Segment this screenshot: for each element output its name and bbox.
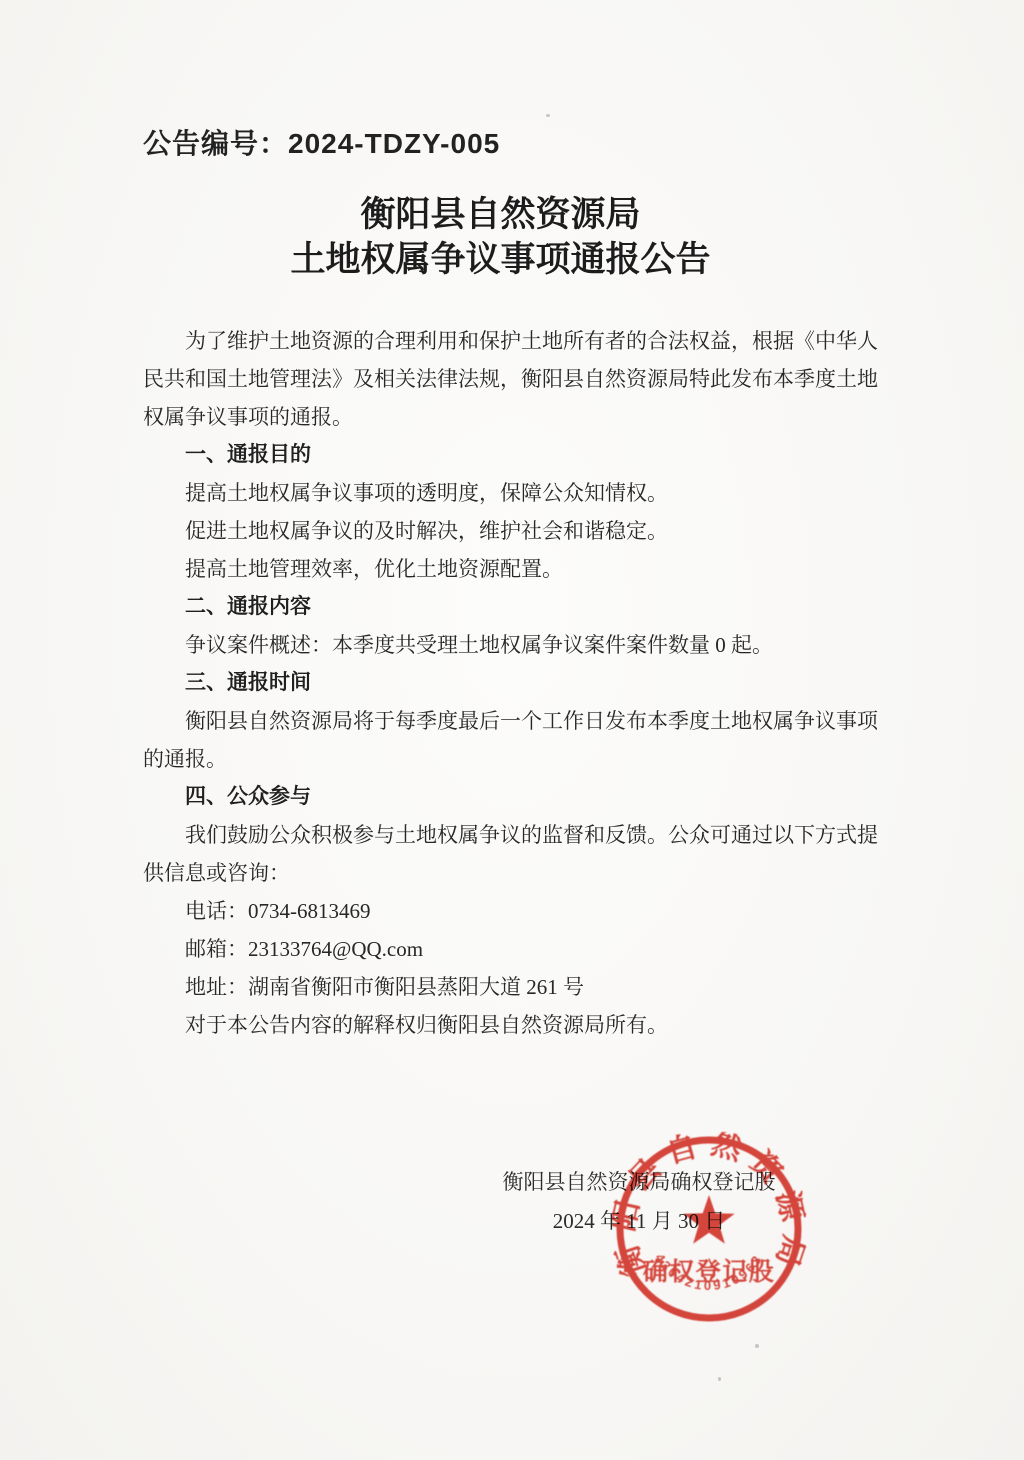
scan-speck: [755, 1344, 759, 1348]
document-title: 衡阳县自然资源局 土地权属争议事项通报公告: [123, 192, 878, 282]
paragraph-8: 三、通报时间: [143, 664, 878, 702]
scanned-announcement-page: 公告编号：2024-TDZY-005 衡阳县自然资源局 土地权属争议事项通报公告…: [0, 0, 1024, 1460]
paragraph-11: 我们鼓励公众积极参与土地权属争议的监督和反馈。公众可通过以下方式提供信息或咨询：: [143, 816, 878, 892]
paragraph-3: 提高土地权属争议事项的透明度，保障公众知情权。: [143, 474, 878, 512]
announcement-number: 公告编号：2024-TDZY-005: [143, 122, 500, 162]
paragraph-14: 地址：湖南省衡阳市衡阳县蒸阳大道 261 号: [143, 968, 878, 1006]
document-body: 为了维护土地资源的合理利用和保护土地所有者的合法权益，根据《中华人民共和国土地管…: [143, 322, 878, 1044]
paragraph-4: 促进土地权属争议的及时解决，维护社会和谐稳定。: [143, 512, 878, 550]
paragraph-2: 一、通报目的: [143, 436, 878, 474]
paragraph-15: 对于本公告内容的解释权归衡阳县自然资源局所有。: [143, 1006, 878, 1044]
seal-star-icon: [683, 1195, 734, 1244]
official-seal-graphic: 衡阳县自然资源局 确权登记股 4304210910963: [612, 1132, 806, 1326]
paragraph-10: 四、公众参与: [143, 778, 878, 816]
official-seal: 衡阳县自然资源局 确权登记股 4304210910963: [612, 1132, 806, 1326]
paragraph-6: 二、通报内容: [143, 588, 878, 626]
paragraph-1: 为了维护土地资源的合理利用和保护土地所有者的合法权益，根据《中华人民共和国土地管…: [143, 322, 878, 436]
paragraph-7: 争议案件概述：本季度共受理土地权属争议案件案件数量 0 起。: [143, 626, 878, 664]
document-title-line2: 土地权属争议事项通报公告: [123, 237, 878, 282]
paragraph-12: 电话：0734-6813469: [143, 892, 878, 930]
paragraph-9: 衡阳县自然资源局将于每季度最后一个工作日发布本季度土地权属争议事项的通报。: [143, 702, 878, 778]
paragraph-13: 邮箱：23133764@QQ.com: [143, 930, 878, 968]
scan-speck: [546, 114, 550, 117]
paragraph-5: 提高土地管理效率，优化土地资源配置。: [143, 550, 878, 588]
document-title-line1: 衡阳县自然资源局: [123, 192, 878, 237]
scan-speck: [718, 1377, 721, 1381]
